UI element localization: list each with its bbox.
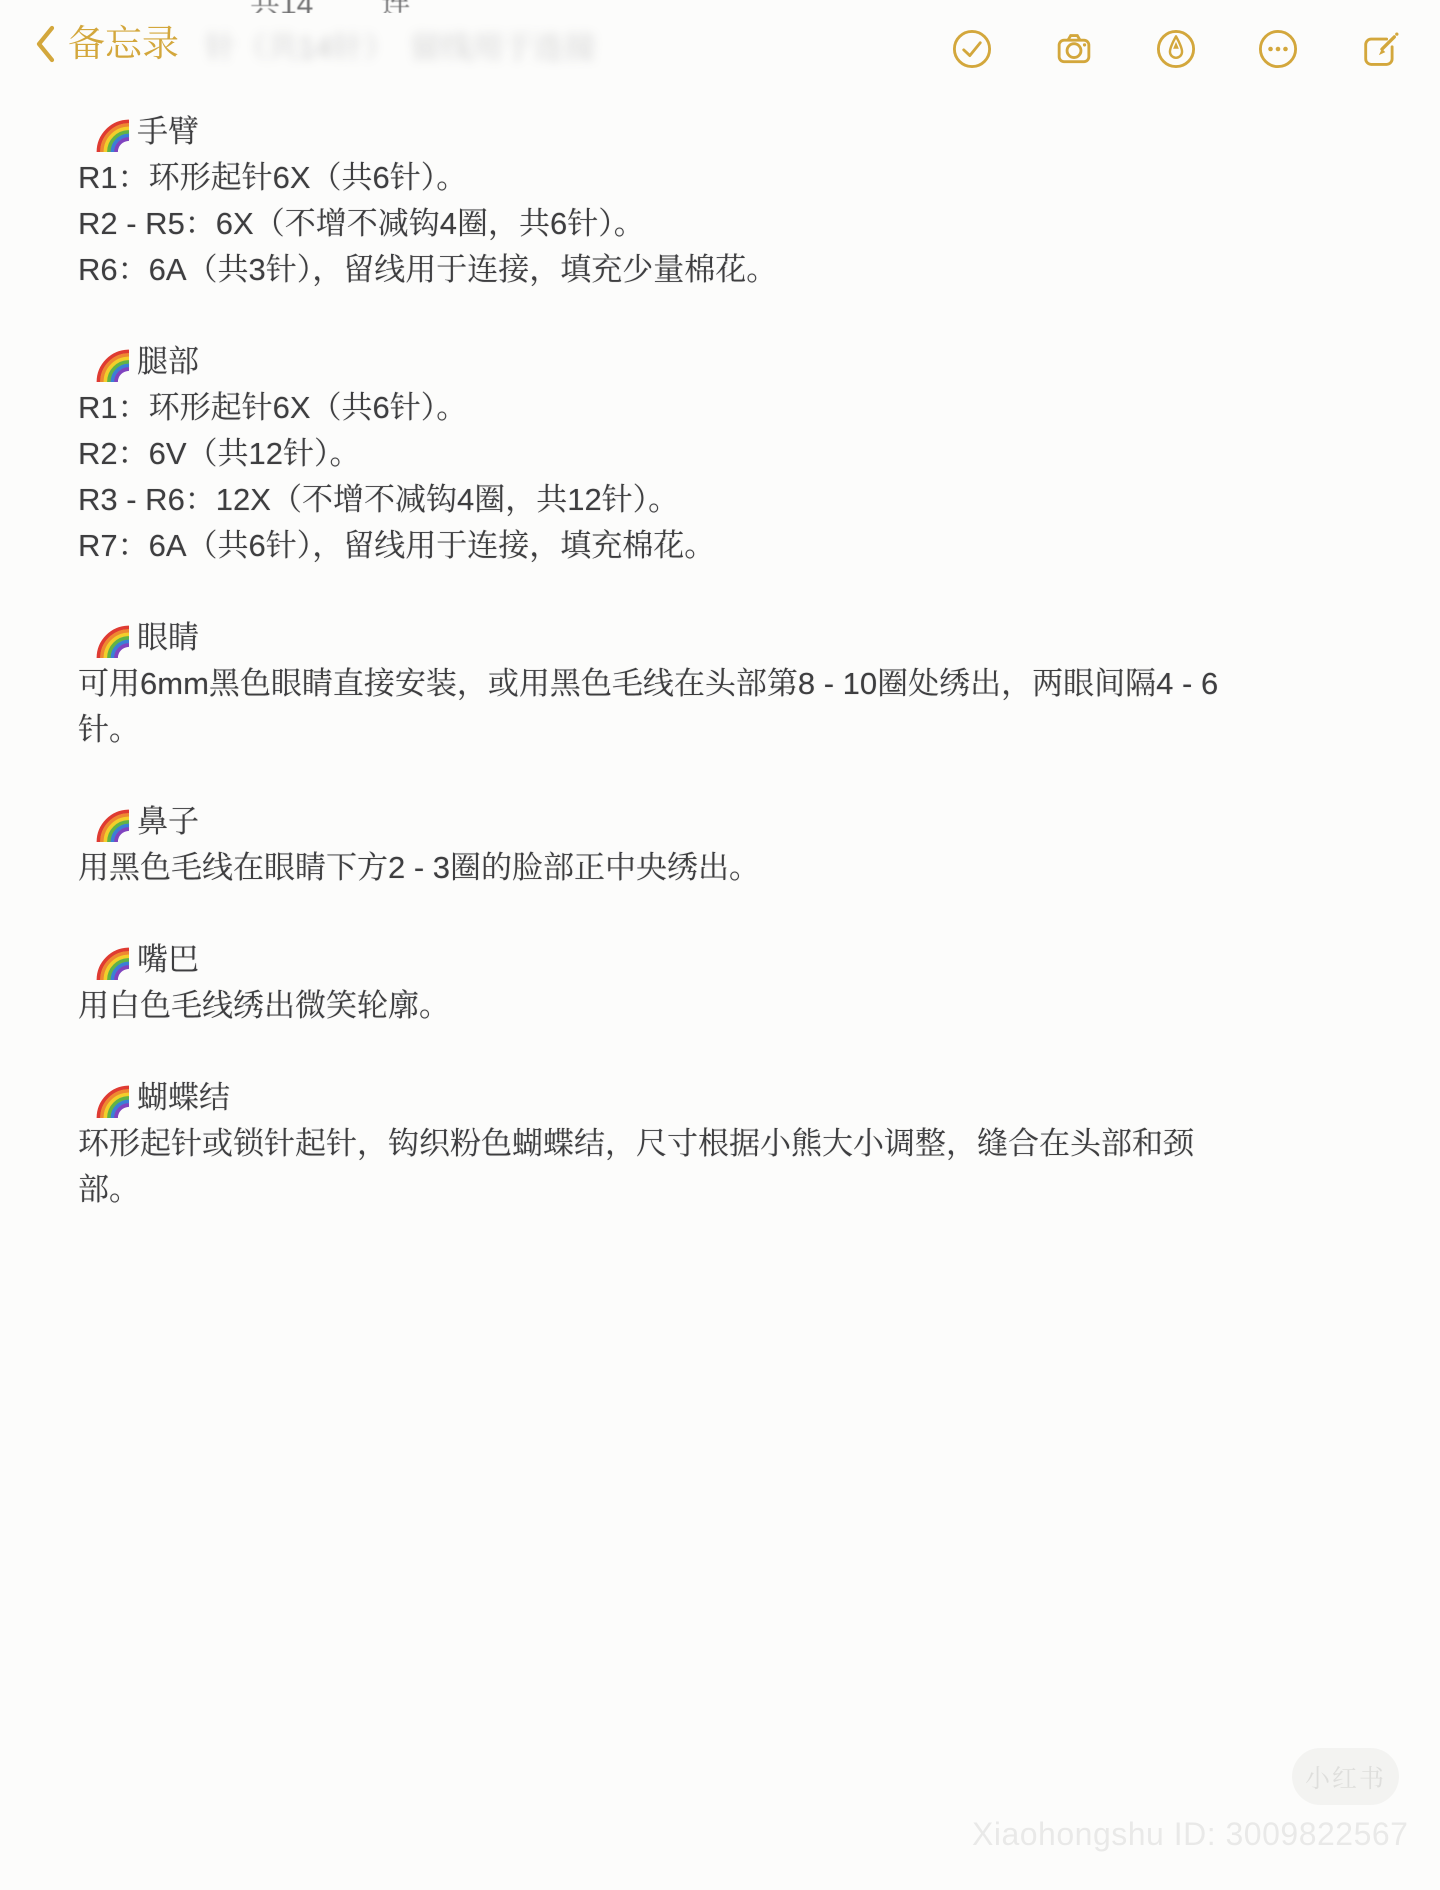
- note-section-nose: 鼻子用黑色毛线在眼睛下方2 - 3圈的脸部正中央绣出。: [78, 799, 1385, 891]
- rainbow-emoji-icon: [92, 618, 132, 658]
- section-title: 眼睛: [137, 615, 199, 661]
- section-title-row: 蝴蝶结: [78, 1075, 1385, 1121]
- nav-bar: 备忘录: [0, 0, 1440, 85]
- section-title: 蝴蝶结: [137, 1075, 230, 1121]
- rainbow-emoji-icon: [92, 342, 132, 382]
- section-title: 鼻子: [137, 799, 199, 845]
- watermark-id-text: Xiaohongshu ID: 3009822567: [972, 1816, 1408, 1853]
- compose-icon[interactable]: [1358, 27, 1402, 71]
- note-section-eyes: 眼睛可用6mm黑色眼睛直接安装，或用黑色毛线在头部第8 - 10圈处绣出，两眼间…: [78, 615, 1385, 753]
- more-ellipsis-icon[interactable]: [1256, 27, 1300, 71]
- markup-pen-icon[interactable]: [1154, 27, 1198, 71]
- section-title-row: 腿部: [78, 339, 1385, 385]
- note-section-mouth: 嘴巴用白色毛线绣出微笑轮廓。: [78, 937, 1385, 1029]
- note-line: 用黑色毛线在眼睛下方2 - 3圈的脸部正中央绣出。: [78, 845, 1385, 891]
- note-line: R3 - R6：12X（不增不减钩4圈，共12针）。: [78, 477, 1385, 523]
- section-title-row: 嘴巴: [78, 937, 1385, 983]
- note-section-leg: 腿部R1：环形起针6X（共6针）。R2：6V（共12针）。R3 - R6：12X…: [78, 339, 1385, 569]
- back-button[interactable]: 备忘录: [32, 20, 179, 68]
- section-title-row: 眼睛: [78, 615, 1385, 661]
- section-title: 手臂: [137, 109, 199, 155]
- rainbow-emoji-icon: [92, 940, 132, 980]
- checkmark-circle-icon[interactable]: [950, 27, 994, 71]
- note-line: R6：6A（共3针），留线用于连接，填充少量棉花。: [78, 247, 1385, 293]
- rainbow-emoji-icon: [92, 112, 132, 152]
- note-line: 部。: [78, 1167, 1385, 1213]
- note-section-bow: 蝴蝶结环形起针或锁针起针，钩织粉色蝴蝶结，尺寸根据小熊大小调整，缝合在头部和颈部…: [78, 1075, 1385, 1213]
- note-line: 用白色毛线绣出微笑轮廓。: [78, 983, 1385, 1029]
- note-content[interactable]: 手臂R1：环形起针6X（共6针）。R2 - R5：6X（不增不减钩4圈，共6针）…: [78, 109, 1385, 1259]
- nav-actions: [950, 27, 1402, 71]
- rainbow-emoji-icon: [92, 802, 132, 842]
- note-line: R1：环形起针6X（共6针）。: [78, 155, 1385, 201]
- camera-icon[interactable]: [1052, 27, 1096, 71]
- section-title-row: 鼻子: [78, 799, 1385, 845]
- note-line: 可用6mm黑色眼睛直接安装，或用黑色毛线在头部第8 - 10圈处绣出，两眼间隔4…: [78, 661, 1385, 707]
- note-line: 环形起针或锁针起针，钩织粉色蝴蝶结，尺寸根据小熊大小调整，缝合在头部和颈: [78, 1121, 1385, 1167]
- note-line: R1：环形起针6X（共6针）。: [78, 385, 1385, 431]
- section-title: 腿部: [137, 339, 199, 385]
- xiaohongshu-logo-watermark: 小红书: [1292, 1748, 1399, 1805]
- back-button-label: 备忘录: [68, 20, 179, 68]
- note-line: R2：6V（共12针）。: [78, 431, 1385, 477]
- rainbow-emoji-icon: [92, 1078, 132, 1118]
- note-section-arm: 手臂R1：环形起针6X（共6针）。R2 - R5：6X（不增不减钩4圈，共6针）…: [78, 109, 1385, 293]
- chevron-left-icon: [32, 23, 58, 65]
- note-line: R2 - R5：6X（不增不减钩4圈，共6针）。: [78, 201, 1385, 247]
- section-title-row: 手臂: [78, 109, 1385, 155]
- notes-app-screen: 共14针） 连接 针（共14针） 留线用于连接 备忘录: [0, 0, 1440, 1890]
- note-line: R7：6A（共6针），留线用于连接，填充棉花。: [78, 523, 1385, 569]
- note-line: 针。: [78, 707, 1385, 753]
- section-title: 嘴巴: [137, 937, 199, 983]
